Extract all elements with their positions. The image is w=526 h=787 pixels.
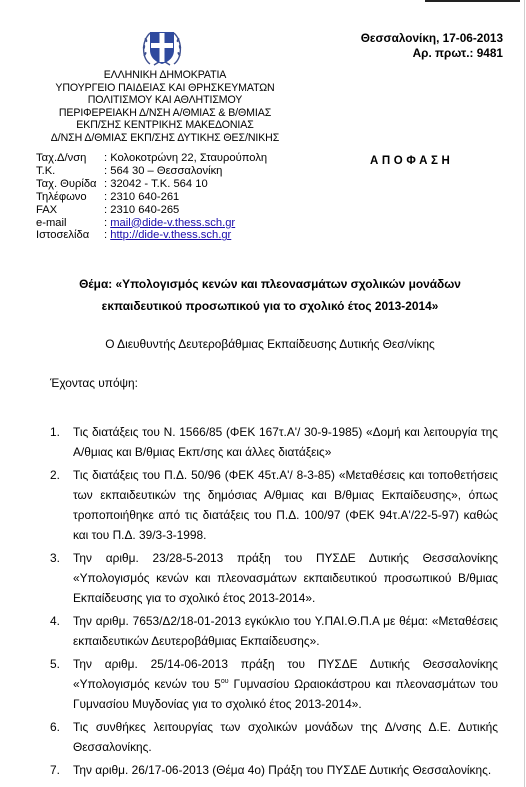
protocol-number: Αρ. πρωτ.: 9481 [361, 46, 503, 61]
list-item: 4. Την αριθμ. 7653/Δ2/18-01-2013 εγκύκλι… [50, 612, 498, 652]
contact-row-address: Ταχ.Δ/νση : Κολοκοτρώνη 22, Σταυρούπολη [36, 152, 267, 165]
contact-row-postcode: Τ.Κ. : 564 30 – Θεσσαλονίκη [36, 165, 267, 178]
item-number: 2. [50, 466, 73, 545]
item-text: Την αριθμ. 26/17-06-2013 (Θέμα 4ο) Πράξη… [73, 761, 498, 781]
email-link[interactable]: mail@dide-v.thess.sch.gr [110, 217, 235, 229]
list-item: 3. Την αριθμ. 23/28-5-2013 πράξη του ΠΥΣ… [50, 549, 498, 608]
contact-value: : 2310 640-261 [104, 191, 179, 204]
contact-label: Ταχ.Δ/νση [36, 152, 104, 165]
contact-value: : 2310 640-265 [104, 204, 179, 217]
subject-heading: Θέμα: «Υπολογισμός κενών και πλεονασμάτω… [40, 274, 500, 317]
item-number: 7. [50, 761, 73, 781]
contact-value: : 564 30 – Θεσσαλονίκη [104, 165, 222, 178]
item-text: Την αριθμ. 7653/Δ2/18-01-2013 εγκύκλιο τ… [73, 612, 498, 652]
contact-info: Ταχ.Δ/νση : Κολοκοτρώνη 22, Σταυρούπολη … [36, 152, 267, 242]
contact-label: e-mail [36, 217, 104, 230]
contact-row-pobox: Ταχ. Θυρίδα : 32042 - Τ.Κ. 564 10 [36, 178, 267, 191]
contact-label: Τηλέφωνο [36, 191, 104, 204]
subject-line: Θέμα: «Υπολογισμός κενών και πλεονασμάτω… [40, 274, 500, 296]
item-text: Τις συνθήκες λειτουργίας των σχολικών μο… [73, 718, 498, 758]
item-number: 5. [50, 655, 73, 714]
item-text: Τις διατάξεις του Π.Δ. 50/96 (ΦΕΚ 45τ.Α'… [73, 466, 498, 545]
ministry-line: Δ/ΝΣΗ Δ/ΘΜΙΑΣ ΕΚΠ/ΣΗΣ ΔΥΤΙΚΗΣ ΘΕΣ/ΝΙΚΗΣ [40, 132, 290, 145]
ministry-line: ΠΟΛΙΤΙΣΜΟΥ ΚΑΙ ΑΘΛΗΤΙΣΜΟΥ [40, 94, 290, 107]
cut-off-header-line [425, 0, 520, 5]
item-number: 6. [50, 718, 73, 758]
contact-label: Ταχ. Θυρίδα [36, 178, 104, 191]
legal-basis-list: 1. Τις διατάξεις του Ν. 1566/85 (ΦΕΚ 167… [50, 423, 498, 785]
greek-coat-of-arms-icon [138, 24, 186, 72]
contact-row-website: Ιστοσελίδα : http://dide-v.thess.sch.gr [36, 229, 267, 242]
item-text: Την αριθμ. 23/28-5-2013 πράξη του ΠΥΣΔΕ … [73, 549, 498, 608]
list-item: 1. Τις διατάξεις του Ν. 1566/85 (ΦΕΚ 167… [50, 423, 498, 463]
contact-label: Ιστοσελίδα [36, 229, 104, 242]
subject-line: εκπαιδευτικού προσωπικού για το σχολικό … [40, 296, 500, 318]
ordinal-superscript: ου [221, 678, 229, 685]
document-date: Θεσσαλονίκη, 17-06-2013 [361, 31, 503, 46]
ministry-line: ΕΚΠ/ΣΗΣ ΚΕΝΤΡΙΚΗΣ ΜΑΚΕΔΟΝΙΑΣ [40, 119, 290, 132]
contact-value: : 32042 - Τ.Κ. 564 10 [104, 178, 208, 191]
list-item: 5. Την αριθμ. 25/14-06-2013 πράξη του ΠΥ… [50, 655, 498, 714]
contact-row-email: e-mail : mail@dide-v.thess.sch.gr [36, 217, 267, 230]
list-item: 2. Τις διατάξεις του Π.Δ. 50/96 (ΦΕΚ 45τ… [50, 466, 498, 545]
document-type-heading: ΑΠΟΦΑΣΗ [370, 155, 453, 167]
date-protocol-block: Θεσσαλονίκη, 17-06-2013 Αρ. πρωτ.: 9481 [361, 31, 503, 61]
list-item: 7. Την αριθμ. 26/17-06-2013 (Θέμα 4ο) Πρ… [50, 761, 498, 781]
contact-row-phone: Τηλέφωνο : 2310 640-261 [36, 191, 267, 204]
website-link[interactable]: http://dide-v.thess.sch.gr [110, 229, 231, 241]
ministry-line: ΠΕΡΙΦΕΡΕΙΑΚΗ Δ/ΝΣΗ Α/ΘΜΙΑΣ & Β/ΘΜΙΑΣ [40, 107, 290, 120]
contact-label: FAX [36, 204, 104, 217]
having-in-mind-label: Έχοντας υπόψη: [50, 376, 138, 390]
item-number: 3. [50, 549, 73, 608]
item-text: Τις διατάξεις του Ν. 1566/85 (ΦΕΚ 167τ.Α… [73, 423, 498, 463]
ministry-line: ΕΛΛΗΝΙΚΗ ΔΗΜΟΚΡΑΤΙΑ [40, 69, 290, 82]
ministry-header: ΕΛΛΗΝΙΚΗ ΔΗΜΟΚΡΑΤΙΑ ΥΠΟΥΡΓΕΙΟ ΠΑΙΔΕΙΑΣ Κ… [40, 69, 290, 145]
director-line: Ο Διευθυντής Δευτεροβάθμιας Εκπαίδευσης … [40, 337, 500, 351]
item-number: 4. [50, 612, 73, 652]
contact-row-fax: FAX : 2310 640-265 [36, 204, 267, 217]
item-text: Την αριθμ. 25/14-06-2013 πράξη του ΠΥΣΔΕ… [73, 655, 498, 714]
ministry-line: ΥΠΟΥΡΓΕΙΟ ΠΑΙΔΕΙΑΣ ΚΑΙ ΘΡΗΣΚΕΥΜΑΤΩΝ [40, 82, 290, 95]
contact-value: : Κολοκοτρώνη 22, Σταυρούπολη [104, 152, 267, 165]
item-number: 1. [50, 423, 73, 463]
list-item: 6. Τις συνθήκες λειτουργίας των σχολικών… [50, 718, 498, 758]
contact-label: Τ.Κ. [36, 165, 104, 178]
page-edge [524, 0, 525, 787]
